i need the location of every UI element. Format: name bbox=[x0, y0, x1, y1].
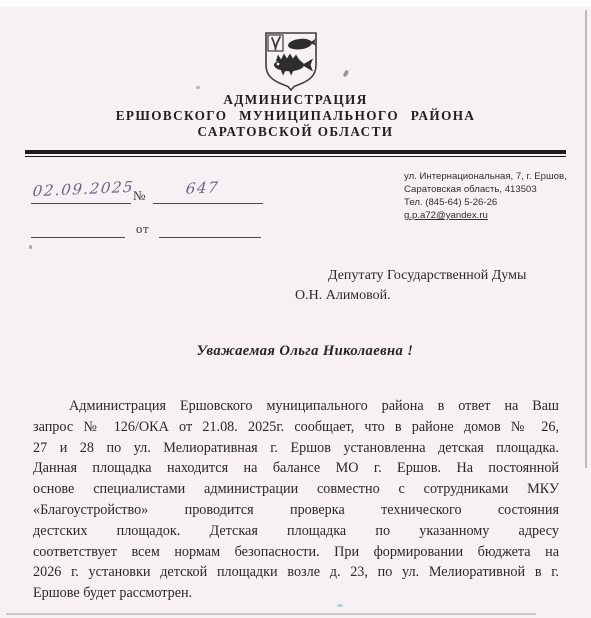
body-line: запрос № 126/ОКА от 21.08. 2025г. сообща… bbox=[33, 417, 559, 438]
from-label: от bbox=[136, 222, 150, 237]
body-line: соответствует всем нормам безопасности. … bbox=[33, 542, 559, 563]
address-line2: Саратовская область, 413503 bbox=[404, 183, 584, 196]
org-name-line2: ЕРШОВСКОГО МУНИЦИПАЛЬНОГО РАЙОНА bbox=[0, 108, 591, 124]
reply-ref-underline-left bbox=[31, 237, 125, 238]
recipient-line2: О.Н. Алимовой. bbox=[295, 286, 575, 306]
body-line: 2026 г. установки детской площадки возле… bbox=[33, 562, 559, 583]
letterhead: АДМИНИСТРАЦИЯ ЕРШОВСКОГО МУНИЦИПАЛЬНОГО … bbox=[0, 92, 591, 140]
org-name-line1: АДМИНИСТРАЦИЯ bbox=[0, 92, 591, 108]
body-line: Администрация Ершовского муниципального … bbox=[33, 396, 559, 417]
scan-speck bbox=[29, 245, 32, 249]
number-sign-label: № bbox=[133, 188, 145, 204]
letterhead-divider bbox=[25, 150, 566, 157]
scanned-letter-page: АДМИНИСТРАЦИЯ ЕРШОВСКОГО МУНИЦИПАЛЬНОГО … bbox=[0, 0, 591, 618]
contact-block: ул. Интернациональная, 7, г. Ершов, Сара… bbox=[404, 170, 584, 222]
body-line: основе специалистами администрации совме… bbox=[33, 479, 559, 500]
org-name-line3: САРАТОВСКОЙ ОБЛАСТИ bbox=[0, 124, 591, 140]
salutation: Уважаемая Ольга Николаевна ! bbox=[120, 343, 490, 360]
handwritten-number: 647 bbox=[185, 178, 220, 197]
scan-speck bbox=[337, 604, 343, 607]
reply-ref-underline-right bbox=[159, 237, 261, 238]
scan-edge-top bbox=[0, 0, 591, 7]
number-underline bbox=[153, 203, 263, 204]
letter-body: Администрация Ершовского муниципального … bbox=[33, 396, 559, 604]
body-line: дестских площадок. Детская площадка по у… bbox=[33, 521, 559, 542]
date-underline bbox=[31, 203, 131, 204]
ershov-coat-of-arms-icon bbox=[259, 31, 323, 93]
body-line: Данная площадка находится на балансе МО … bbox=[33, 458, 559, 479]
body-line: Ершове будет рассмотрен. bbox=[33, 583, 559, 604]
recipient-line1: Депутату Государственной Думы bbox=[295, 266, 575, 286]
handwritten-date: 02.09.2025 bbox=[32, 178, 135, 200]
scan-speck bbox=[196, 86, 200, 89]
scan-speck bbox=[343, 69, 350, 77]
body-line: «Благоустройство» проводится проверка те… bbox=[33, 500, 559, 521]
scan-edge-right bbox=[585, 10, 587, 468]
recipient-block: Депутату Государственной Думы О.Н. Алимо… bbox=[295, 266, 575, 306]
address-line1: ул. Интернациональная, 7, г. Ершов, bbox=[404, 170, 584, 183]
phone-line: Тел. (845-64) 5-26-26 bbox=[404, 196, 584, 209]
email-line: g.p.a72@yandex.ru bbox=[404, 209, 584, 222]
body-line: 27 и 28 по ул. Мелиоративная г. Ершов ус… bbox=[33, 438, 559, 459]
scan-edge-bottom bbox=[6, 613, 536, 615]
